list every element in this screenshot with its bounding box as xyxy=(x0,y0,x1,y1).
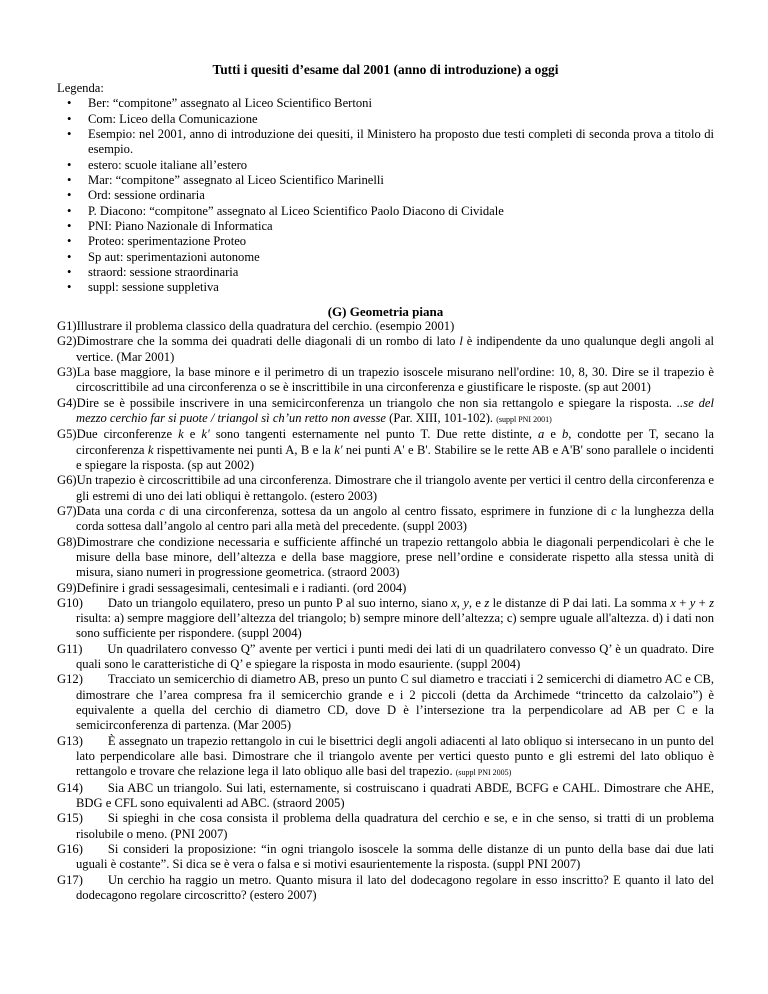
question-list: G1)Illustrare il problema classico della… xyxy=(57,319,714,903)
question-item-g17: G17)Un cerchio ha raggio un metro. Quant… xyxy=(57,873,714,904)
question-id: G6) xyxy=(57,473,77,487)
legend-item-text: Sp aut: sperimentazioni autonome xyxy=(88,250,260,264)
legend: Legenda: •Ber: “compitone” assegnato al … xyxy=(57,81,714,296)
question-text: Dato un triangolo equilatero, preso un p… xyxy=(76,596,714,641)
legend-item-text: suppl: sessione suppletiva xyxy=(88,280,219,294)
legend-item-proteo: •Proteo: sperimentazione Proteo xyxy=(57,234,714,249)
legend-item-text: Proteo: sperimentazione Proteo xyxy=(88,234,246,248)
legend-item-p-diacono: •P. Diacono: “compitone” assegnato al Li… xyxy=(57,204,714,219)
question-id: G16) xyxy=(57,842,83,856)
question-text: Si spieghi in che cosa consista il probl… xyxy=(76,811,714,840)
question-item-g11: G11)Un quadrilatero convesso Q” avente p… xyxy=(57,642,714,673)
question-text: Dimostrare che condizione necessaria e s… xyxy=(76,535,714,580)
legend-label: Legenda: xyxy=(57,81,714,96)
legend-item-straord: •straord: sessione straordinaria xyxy=(57,265,714,280)
question-item-g13: G13)È assegnato un trapezio rettangolo i… xyxy=(57,734,714,781)
question-item-g5: G5)Due circonferenze k e k' sono tangent… xyxy=(57,427,714,473)
question-item-g2: G2)Dimostrare che la somma dei quadrati … xyxy=(57,334,714,365)
question-id: G10) xyxy=(57,596,83,610)
document-page: Tutti i quesiti d’esame dal 2001 (anno d… xyxy=(0,0,768,903)
question-id: G14) xyxy=(57,781,83,795)
question-text: Un quadrilatero convesso Q” avente per v… xyxy=(76,642,714,671)
question-id: G12) xyxy=(57,672,83,686)
legend-item-text: P. Diacono: “compitone” assegnato al Lic… xyxy=(88,204,504,218)
question-text: Illustrare il problema classico della qu… xyxy=(77,319,455,333)
bullet-icon: • xyxy=(67,204,88,219)
question-text: Dire se è possibile inscrivere in una se… xyxy=(76,396,714,425)
question-item-g6: G6)Un trapezio è circoscrittibile ad una… xyxy=(57,473,714,504)
bullet-icon: • xyxy=(67,127,88,142)
question-text: Data una corda c di una circonferenza, s… xyxy=(76,504,714,533)
legend-item-com: •Com: Liceo della Comunicazione xyxy=(57,112,714,127)
question-item-g8: G8)Dimostrare che condizione necessaria … xyxy=(57,535,714,581)
bullet-icon: • xyxy=(67,188,88,203)
question-text: Un cerchio ha raggio un metro. Quanto mi… xyxy=(76,873,714,902)
legend-item-text: estero: scuole italiane all’estero xyxy=(88,158,247,172)
question-item-g16: G16)Si consideri la proposizione: “in og… xyxy=(57,842,714,873)
legend-item-pni: •PNI: Piano Nazionale di Informatica xyxy=(57,219,714,234)
legend-item-mar: •Mar: “compitone” assegnato al Liceo Sci… xyxy=(57,173,714,188)
legend-item-text: Esempio: nel 2001, anno di introduzione … xyxy=(88,127,714,156)
question-text: È assegnato un trapezio rettangolo in cu… xyxy=(76,734,714,779)
question-id: G1) xyxy=(57,319,77,333)
question-item-g15: G15)Si spieghi in che cosa consista il p… xyxy=(57,811,714,842)
question-item-g3: G3)La base maggiore, la base minore e il… xyxy=(57,365,714,396)
question-id: G3) xyxy=(57,365,77,379)
question-item-g10: G10)Dato un triangolo equilatero, preso … xyxy=(57,596,714,642)
bullet-icon: • xyxy=(67,173,88,188)
legend-item-text: Mar: “compitone” assegnato al Liceo Scie… xyxy=(88,173,384,187)
legend-item-text: straord: sessione straordinaria xyxy=(88,265,238,279)
question-id: G5) xyxy=(57,427,77,441)
question-text: Definire i gradi sessagesimali, centesim… xyxy=(77,581,407,595)
bullet-icon: • xyxy=(67,280,88,295)
question-text: Sia ABC un triangolo. Sui lati, esternam… xyxy=(76,781,714,810)
question-text: Due circonferenze k e k' sono tangenti e… xyxy=(76,427,714,472)
legend-item-text: Ber: “compitone” assegnato al Liceo Scie… xyxy=(88,96,372,110)
legend-item-sp-aut: •Sp aut: sperimentazioni autonome xyxy=(57,250,714,265)
question-text: Dimostrare che la somma dei quadrati del… xyxy=(76,334,714,363)
question-text: La base maggiore, la base minore e il pe… xyxy=(76,365,714,394)
section-heading-geometria-piana: (G) Geometria piana xyxy=(57,304,714,319)
question-id: G11) xyxy=(57,642,82,656)
question-item-g9: G9)Definire i gradi sessagesimali, cente… xyxy=(57,581,714,596)
bullet-icon: • xyxy=(67,219,88,234)
legend-item-ord: •Ord: sessione ordinaria xyxy=(57,188,714,203)
bullet-icon: • xyxy=(67,96,88,111)
question-item-g7: G7)Data una corda c di una circonferenza… xyxy=(57,504,714,535)
legend-item-text: Com: Liceo della Comunicazione xyxy=(88,112,258,126)
question-id: G7) xyxy=(57,504,77,518)
question-item-g4: G4)Dire se è possibile inscrivere in una… xyxy=(57,396,714,428)
question-id: G15) xyxy=(57,811,83,825)
legend-item-esempio: •Esempio: nel 2001, anno di introduzione… xyxy=(57,127,714,158)
question-id: G9) xyxy=(57,581,77,595)
question-text: Un trapezio è circoscrittibile ad una ci… xyxy=(76,473,714,502)
legend-item-suppl: •suppl: sessione suppletiva xyxy=(57,280,714,295)
question-text: Si consideri la proposizione: “in ogni t… xyxy=(76,842,714,871)
question-id: G13) xyxy=(57,734,83,748)
question-id: G2) xyxy=(57,334,77,348)
question-id: G8) xyxy=(57,535,77,549)
question-text: Tracciato un semicerchio di diametro AB,… xyxy=(76,672,714,732)
page-title: Tutti i quesiti d’esame dal 2001 (anno d… xyxy=(57,62,714,78)
bullet-icon: • xyxy=(67,234,88,249)
bullet-icon: • xyxy=(67,158,88,173)
bullet-icon: • xyxy=(67,265,88,280)
question-id: G17) xyxy=(57,873,83,887)
legend-item-text: PNI: Piano Nazionale di Informatica xyxy=(88,219,273,233)
question-id: G4) xyxy=(57,396,77,410)
question-item-g14: G14)Sia ABC un triangolo. Sui lati, este… xyxy=(57,781,714,812)
legend-item-text: Ord: sessione ordinaria xyxy=(88,188,205,202)
bullet-icon: • xyxy=(67,112,88,127)
question-item-g12: G12)Tracciato un semicerchio di diametro… xyxy=(57,672,714,733)
legend-item-estero: •estero: scuole italiane all’estero xyxy=(57,158,714,173)
bullet-icon: • xyxy=(67,250,88,265)
question-item-g1: G1)Illustrare il problema classico della… xyxy=(57,319,714,334)
legend-item-ber: •Ber: “compitone” assegnato al Liceo Sci… xyxy=(57,96,714,111)
